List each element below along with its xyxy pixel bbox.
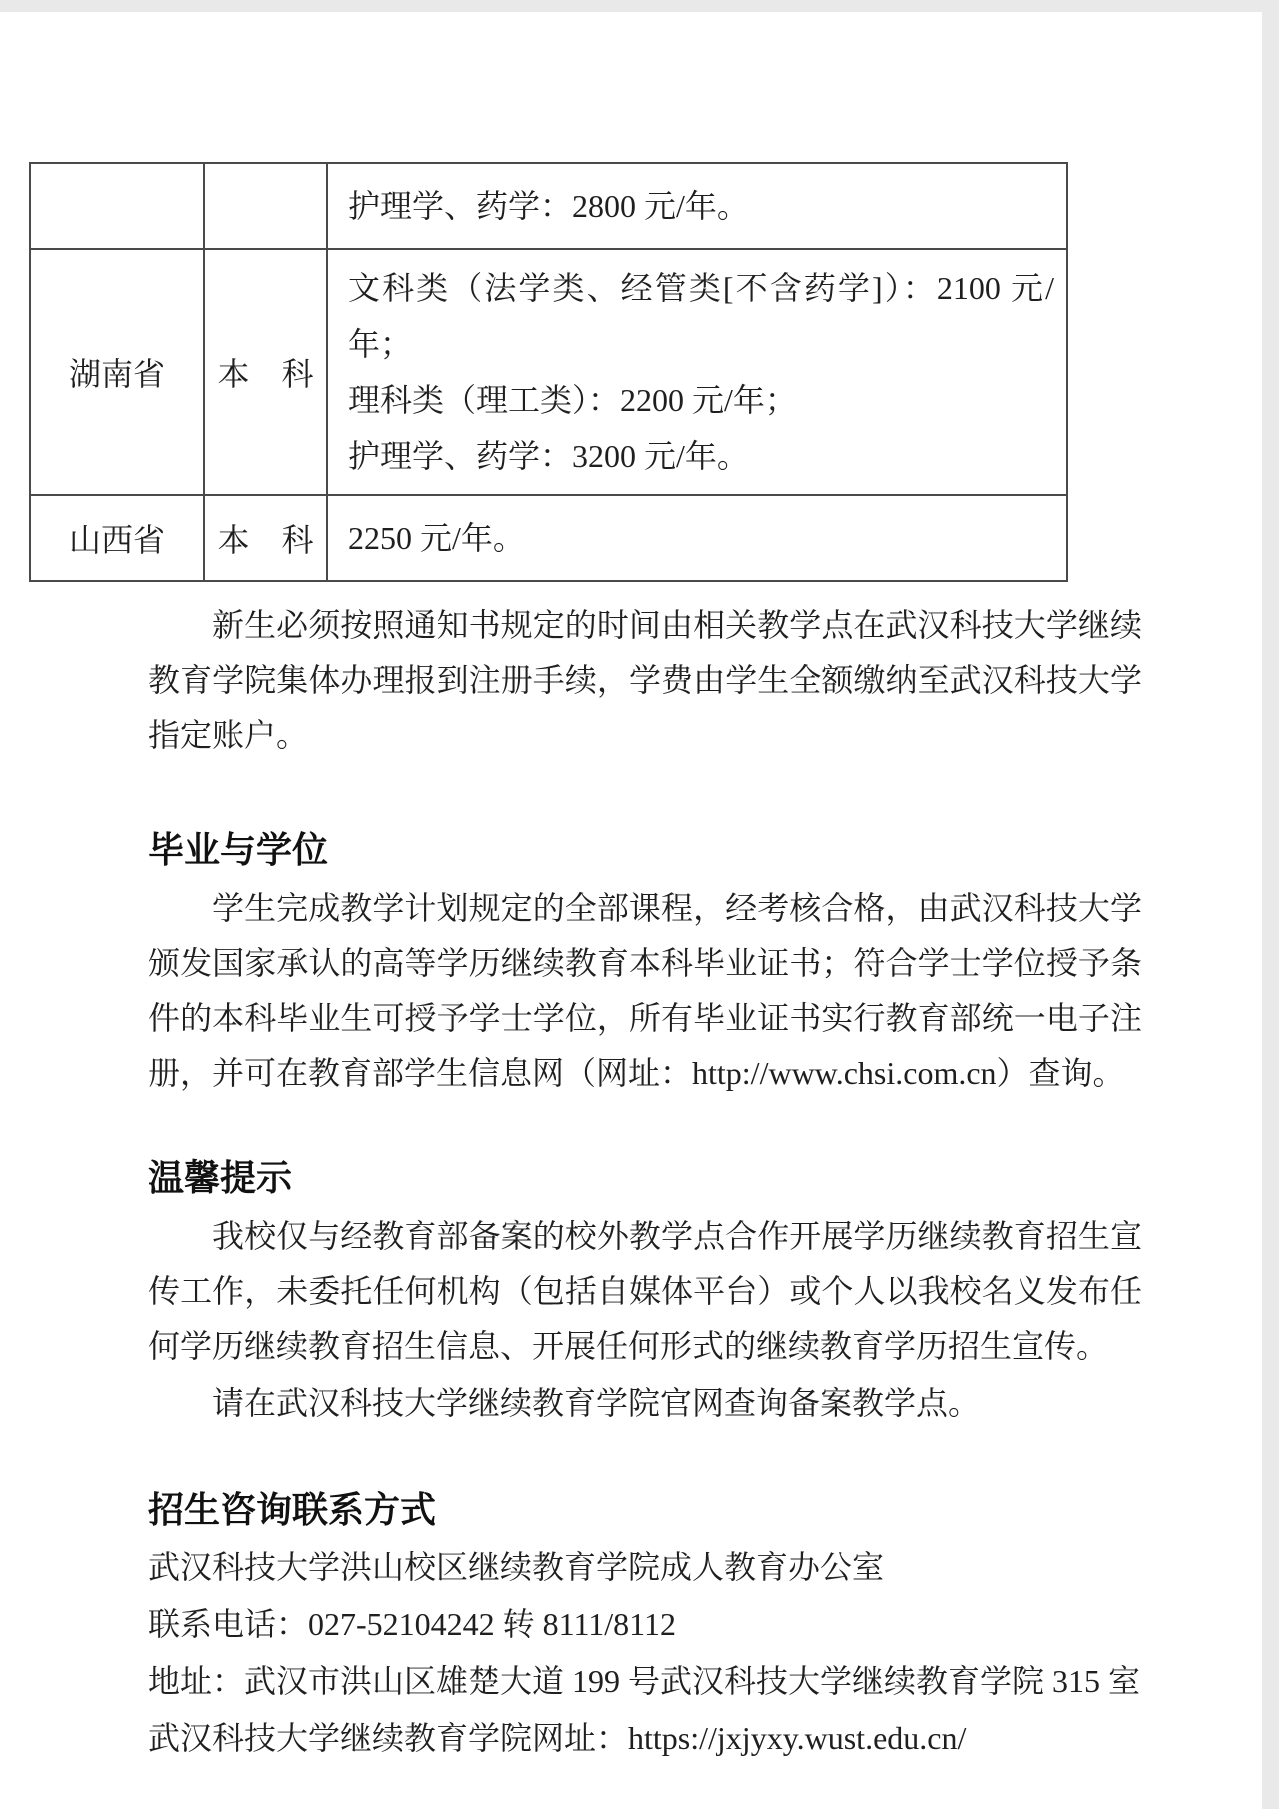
province-cell: 山西省 <box>30 495 204 581</box>
fee-cell: 2250 元/年。 <box>327 495 1067 581</box>
contact-phone-line: 联系电话：027-52104242 转 8111/8112 <box>148 1596 1142 1653</box>
fee-line: 理科类（理工类）：2200 元/年； <box>348 372 1054 428</box>
fee-line: 护理学、药学：2800 元/年。 <box>348 178 1054 234</box>
notice-section-heading: 温馨提示 <box>148 1153 1142 1203</box>
fee-cell: 文科类（法学类、经管类[不含药学]）：2100 元/年； 理科类（理工类）：22… <box>327 249 1067 495</box>
tuition-fee-table: 护理学、药学：2800 元/年。 湖南省 本 科 文科类（法学类、经管类[不含药… <box>29 162 1068 582</box>
contact-address-line: 地址：武汉市洪山区雄楚大道 199 号武汉科技大学继续教育学院 315 室 <box>148 1653 1142 1710</box>
fee-line: 2250 元/年。 <box>348 510 1054 566</box>
notice-paragraph-1: 我校仅与经教育部备案的校外教学点合作开展学历继续教育招生宣传工作，未委托任何机构… <box>148 1209 1142 1374</box>
degree-level-cell: 本 科 <box>204 249 327 495</box>
document-page: 护理学、药学：2800 元/年。 湖南省 本 科 文科类（法学类、经管类[不含药… <box>0 12 1262 1809</box>
province-cell: 湖南省 <box>30 249 204 495</box>
degree-level-cell: 本 科 <box>204 495 327 581</box>
province-cell <box>30 163 204 249</box>
fee-cell: 护理学、药学：2800 元/年。 <box>327 163 1067 249</box>
notice-paragraph-2: 请在武汉科技大学继续教育学院官网查询备案教学点。 <box>148 1376 1142 1431</box>
contact-section-heading: 招生咨询联系方式 <box>148 1485 1142 1535</box>
graduation-section-heading: 毕业与学位 <box>148 825 1142 875</box>
fee-line: 文科类（法学类、经管类[不含药学]）：2100 元/年； <box>348 260 1054 372</box>
graduation-paragraph: 学生完成教学计划规定的全部课程，经考核合格，由武汉科技大学颁发国家承认的高等学历… <box>148 881 1142 1101</box>
table-row: 湖南省 本 科 文科类（法学类、经管类[不含药学]）：2100 元/年； 理科类… <box>30 249 1067 495</box>
degree-level-cell <box>204 163 327 249</box>
registration-paragraph: 新生必须按照通知书规定的时间由相关教学点在武汉科技大学继续教育学院集体办理报到注… <box>148 598 1142 763</box>
table-row: 护理学、药学：2800 元/年。 <box>30 163 1067 249</box>
contact-info-block: 武汉科技大学洪山校区继续教育学院成人教育办公室 联系电话：027-5210424… <box>148 1539 1142 1767</box>
table-row: 山西省 本 科 2250 元/年。 <box>30 495 1067 581</box>
fee-line: 护理学、药学：3200 元/年。 <box>348 428 1054 484</box>
contact-website-line: 武汉科技大学继续教育学院网址：https://jxjyxy.wust.edu.c… <box>148 1710 1142 1767</box>
contact-office-line: 武汉科技大学洪山校区继续教育学院成人教育办公室 <box>148 1539 1142 1596</box>
